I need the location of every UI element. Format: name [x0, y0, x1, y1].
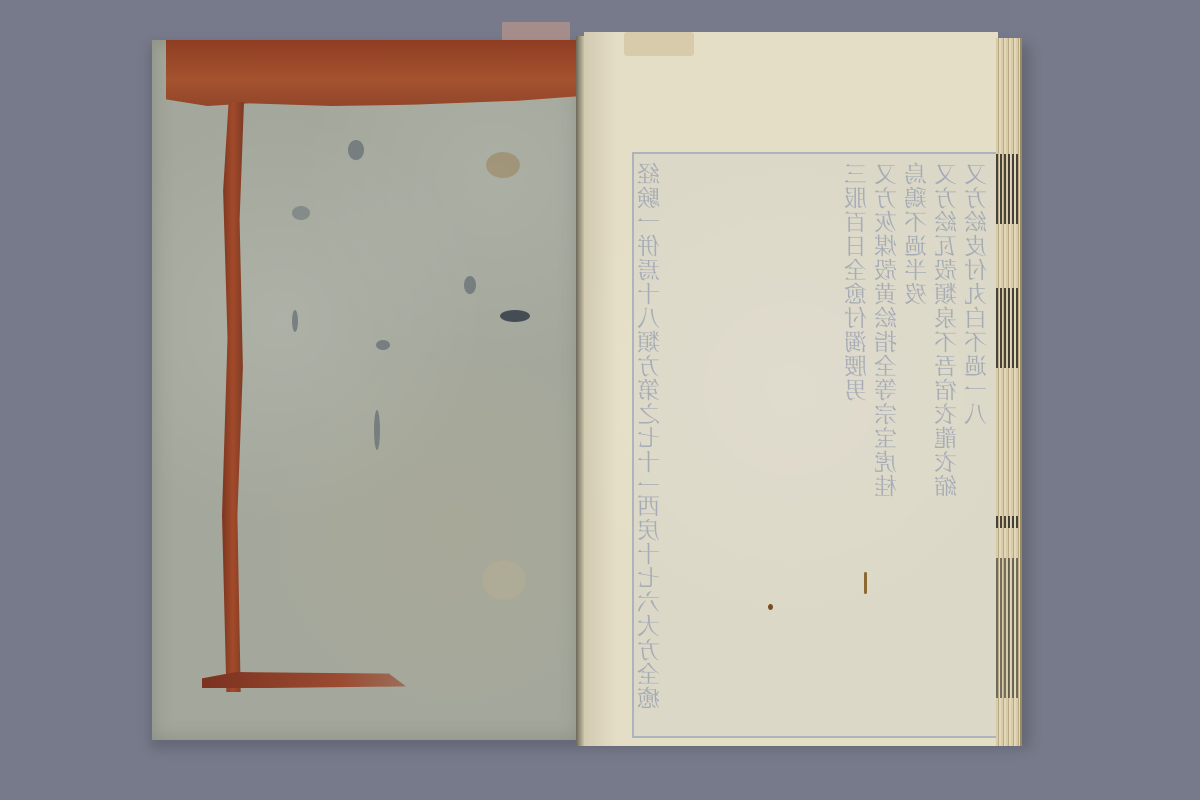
text-column: 烏鶏不過半歿: [907, 162, 930, 306]
text-column: 又方絵瓦殻類泉不吾宿衣龍衣縮: [937, 162, 960, 498]
stain: [482, 560, 526, 600]
stain: [768, 604, 773, 610]
stain: [486, 152, 520, 178]
left-page-inside-cover: [152, 40, 580, 740]
text-column: 又方灰煤殻黄絵指全等宗宝虎桂: [877, 162, 900, 498]
edge-print-mark: [996, 288, 1020, 368]
edge-print-mark: [996, 516, 1020, 528]
cover-left-border: [222, 102, 244, 692]
paper-fiber: [374, 410, 380, 450]
paper-fiber: [292, 310, 298, 332]
cover-top-border: [166, 40, 580, 106]
text-column: 三服百日全愈付濁腰男: [847, 162, 870, 402]
edge-print-mark: [996, 558, 1020, 698]
paper-fiber: [348, 140, 364, 160]
right-page: 又方絵皮付丸白不過一八 又方絵瓦殻類泉不吾宿衣龍衣縮 烏鶏不過半歿 又方灰煤殻黄…: [584, 32, 998, 746]
text-column: 西戻十七六大方全癒: [640, 494, 663, 710]
cover-bottom-border: [202, 672, 542, 688]
paper-tab: [502, 22, 570, 40]
edge-print-mark: [996, 154, 1020, 224]
stain: [624, 32, 694, 56]
paper-fiber: [376, 340, 390, 350]
paper-fiber: [500, 310, 530, 322]
text-column: 又方絵皮付丸白不過一八: [967, 162, 990, 426]
stain: [864, 572, 867, 594]
text-column: 経験一併焉十八類方第之七十一: [640, 162, 663, 498]
print-frame: 又方絵皮付丸白不過一八 又方絵瓦殻類泉不吾宿衣龍衣縮 烏鶏不過半歿 又方灰煤殻黄…: [632, 152, 1004, 738]
paper-fiber: [292, 206, 310, 220]
paper-fiber: [464, 276, 476, 294]
page-edges: [996, 38, 1022, 746]
